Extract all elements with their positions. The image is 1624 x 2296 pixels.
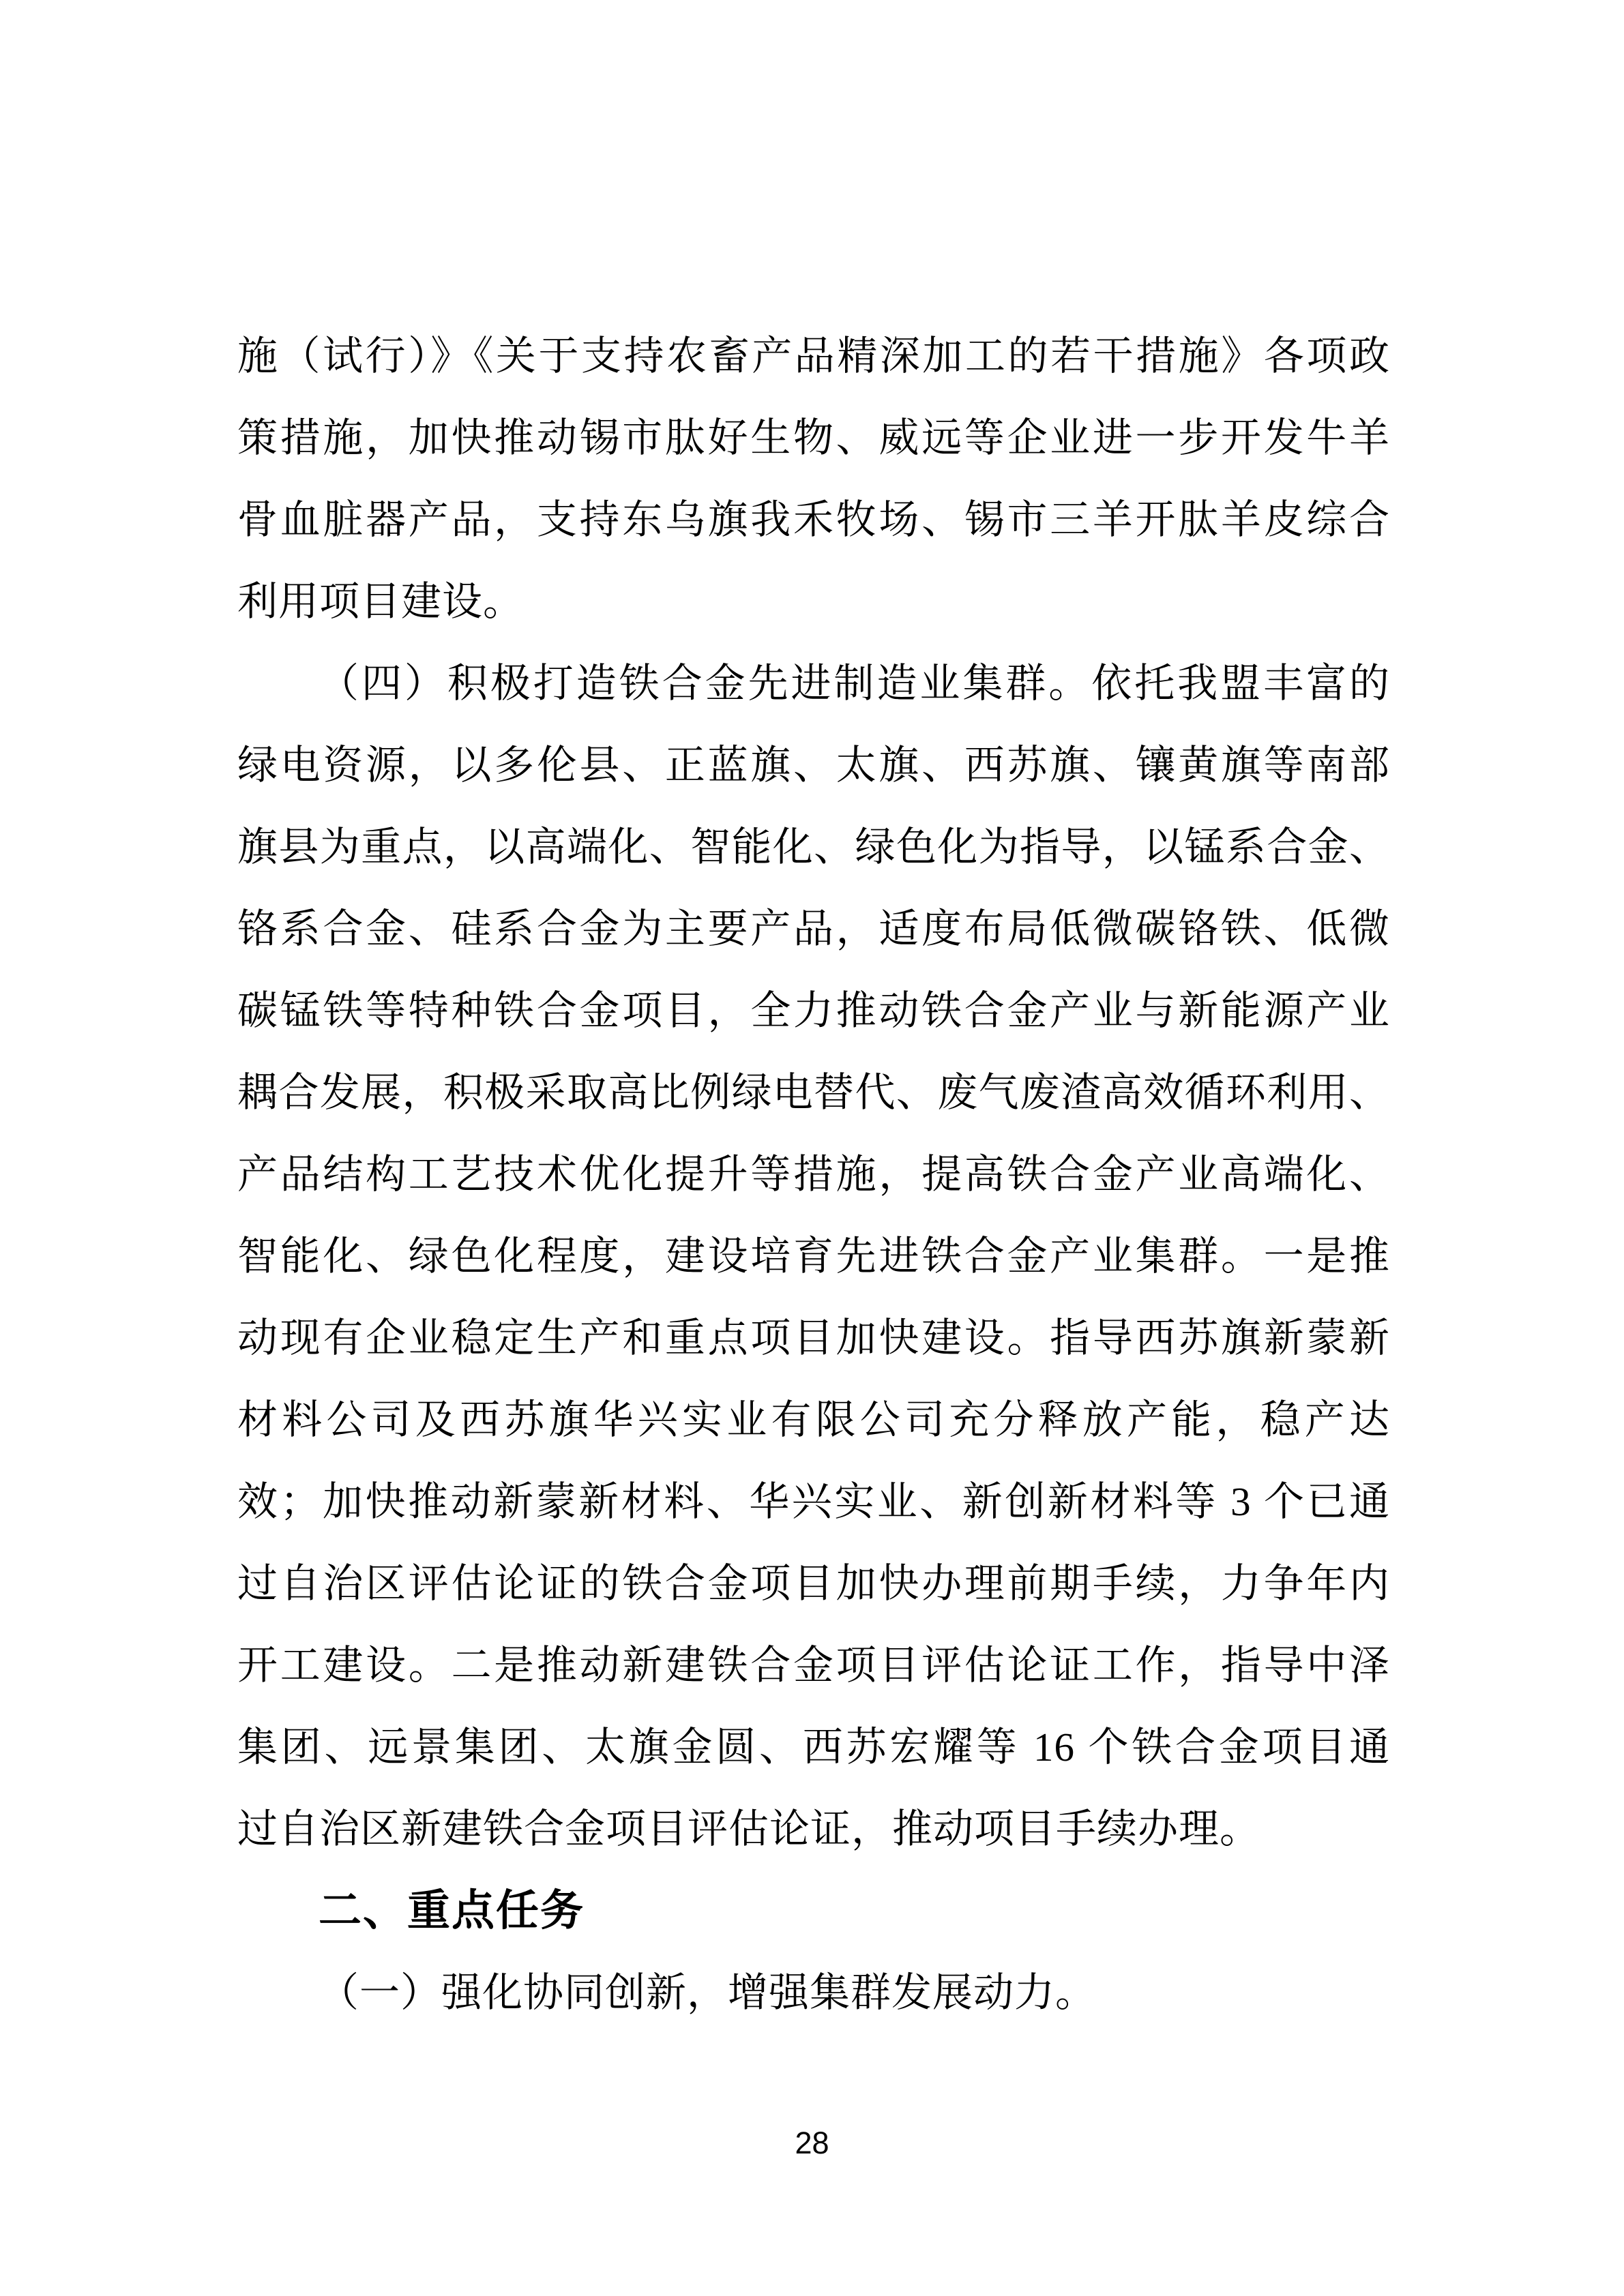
body-line: 策措施，加快推动锡市肽好生物、威远等企业进一步开发牛羊	[237, 397, 1390, 479]
body-line: 过自治区评估论证的铁合金项目加快办理前期手续，力争年内	[237, 1542, 1390, 1624]
page-number: 28	[0, 2126, 1624, 2160]
body-line: （一）强化协同创新，增强集群发展动力。	[237, 1952, 1390, 2033]
text-block: 施（试行）》《关于支持农畜产品精深加工的若干措施》各项政 策措施，加快推动锡市肽…	[237, 315, 1390, 2033]
body-line: 碳锰铁等特种铁合金项目，全力推动铁合金产业与新能源产业	[237, 970, 1390, 1052]
body-line: 绿电资源，以多伦县、正蓝旗、太旗、西苏旗、镶黄旗等南部	[237, 724, 1390, 806]
body-line: 集团、远景集团、太旗金圆、西苏宏耀等 16 个铁合金项目通	[237, 1706, 1390, 1788]
body-line: 智能化、绿色化程度，建设培育先进铁合金产业集群。一是推	[237, 1215, 1390, 1297]
body-line: 耦合发展，积极采取高比例绿电替代、废气废渣高效循环利用、	[237, 1052, 1390, 1133]
body-line: 旗县为重点，以高端化、智能化、绿色化为指导，以锰系合金、	[237, 806, 1390, 888]
body-line: 效；加快推动新蒙新材料、华兴实业、新创新材料等 3 个已通	[237, 1461, 1390, 1542]
document-page: 施（试行）》《关于支持农畜产品精深加工的若干措施》各项政 策措施，加快推动锡市肽…	[0, 0, 1624, 2296]
section-heading: 二、重点任务	[237, 1870, 1390, 1952]
body-line: 过自治区新建铁合金项目评估论证，推动项目手续办理。	[237, 1788, 1390, 1870]
body-line: 开工建设。二是推动新建铁合金项目评估论证工作，指导中泽	[237, 1624, 1390, 1706]
body-line: 产品结构工艺技术优化提升等措施，提高铁合金产业高端化、	[237, 1133, 1390, 1215]
body-line: （四）积极打造铁合金先进制造业集群。依托我盟丰富的	[237, 642, 1390, 724]
body-line: 施（试行）》《关于支持农畜产品精深加工的若干措施》各项政	[237, 315, 1390, 397]
body-line: 铬系合金、硅系合金为主要产品，适度布局低微碳铬铁、低微	[237, 888, 1390, 970]
body-line: 材料公司及西苏旗华兴实业有限公司充分释放产能，稳产达	[237, 1379, 1390, 1461]
body-line: 利用项目建设。	[237, 561, 1390, 642]
body-line: 动现有企业稳定生产和重点项目加快建设。指导西苏旗新蒙新	[237, 1297, 1390, 1379]
body-line: 骨血脏器产品，支持东乌旗我禾牧场、锡市三羊开肽羊皮综合	[237, 479, 1390, 561]
